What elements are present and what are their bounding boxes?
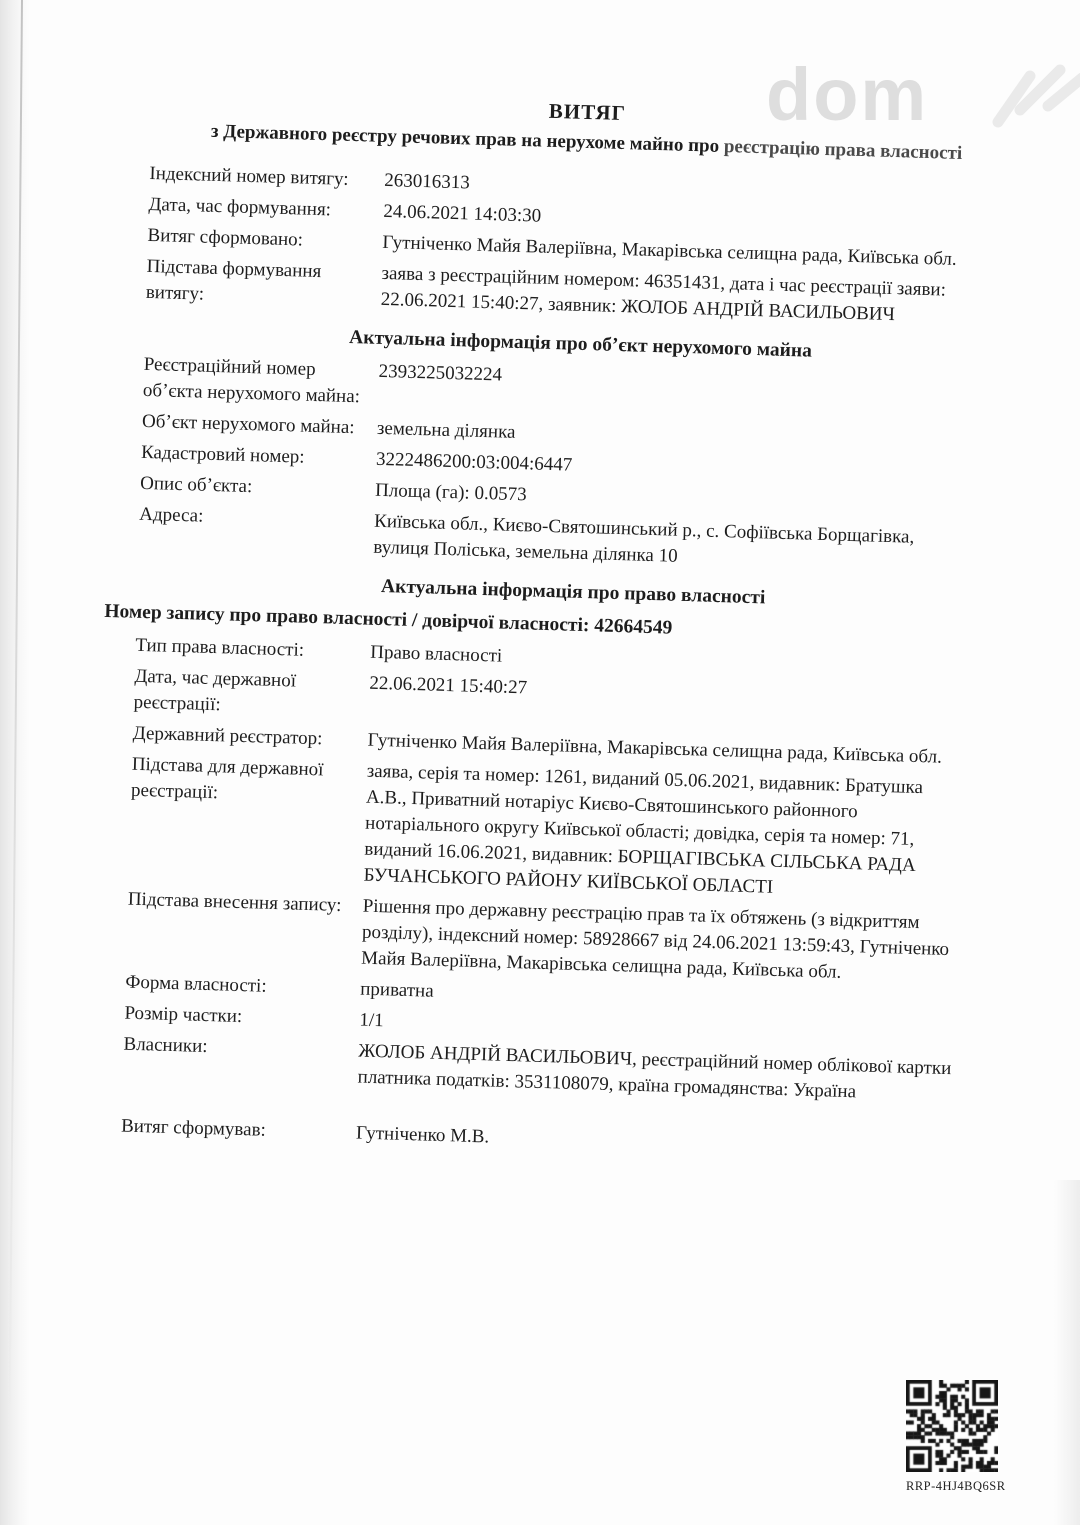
- field-label: Об’єкт нерухомого майна:: [142, 409, 378, 442]
- qr-block: RRP-4HJ4BQ6SR: [906, 1380, 1006, 1494]
- qr-label: RRP-4HJ4BQ6SR: [906, 1479, 1006, 1494]
- ownership-fields: Тип права власності: Право власності Дат…: [122, 633, 1007, 1110]
- field-value: ЖОЛОБ АНДРІЙ ВАСИЛЬОВИЧ, реєстраційний н…: [357, 1039, 958, 1109]
- field-label: Державний реєстратор:: [132, 721, 368, 754]
- field-label: Опис об’єкта:: [140, 471, 376, 504]
- field-label: Підстава формування витягу:: [145, 254, 381, 313]
- top-fields: Індексний номер витягу: 263016313 Дата, …: [145, 161, 1021, 332]
- field-label: Форма власності:: [125, 970, 361, 1003]
- field-value: Київська обл., Києво-Святошинський р., с…: [373, 509, 974, 579]
- field-label: Кадастровий номер:: [141, 440, 377, 473]
- field-label: Власники:: [122, 1032, 358, 1091]
- field-label: Витяг сформовано:: [147, 223, 383, 256]
- object-fields: Реєстраційний номер об’єкта нерухомого м…: [138, 352, 1016, 580]
- field-label: Дата, час державної реєстрації:: [133, 664, 369, 723]
- field-label: Витяг сформував:: [121, 1114, 357, 1147]
- qr-code: [906, 1380, 998, 1472]
- field-label: Адреса:: [138, 502, 374, 561]
- field-value: Рішення про державну реєстрацію прав та …: [361, 894, 963, 990]
- field-row-extract-formed-by: Витяг сформував: Гутніченко М.В.: [121, 1114, 993, 1166]
- field-label: Підстава внесення запису:: [126, 887, 363, 972]
- scan-right-shadow: [1054, 1180, 1080, 1525]
- field-label: Тип права власності:: [135, 633, 371, 666]
- field-label: Реєстраційний номер об’єкта нерухомого м…: [143, 352, 379, 411]
- document: ВИТЯГ з Державного реєстру речових прав …: [121, 86, 1024, 1170]
- field-value: Гутніченко М.В.: [356, 1121, 957, 1165]
- field-value: заява, серія та номер: 1261, виданий 05.…: [363, 759, 967, 907]
- field-value: заява з реєстраційним номером: 46351431,…: [380, 261, 981, 331]
- field-label: Розмір частки:: [124, 1001, 360, 1034]
- field-label: Підстава для державної реєстрації:: [128, 752, 367, 889]
- field-row-registration-basis: Підстава для державної реєстрації: заява…: [128, 752, 1003, 908]
- field-label: Індексний номер витягу:: [149, 161, 385, 194]
- field-label: Дата, час формування:: [148, 192, 384, 225]
- document-subtitle-tail: реєстрацію права власності: [724, 136, 963, 164]
